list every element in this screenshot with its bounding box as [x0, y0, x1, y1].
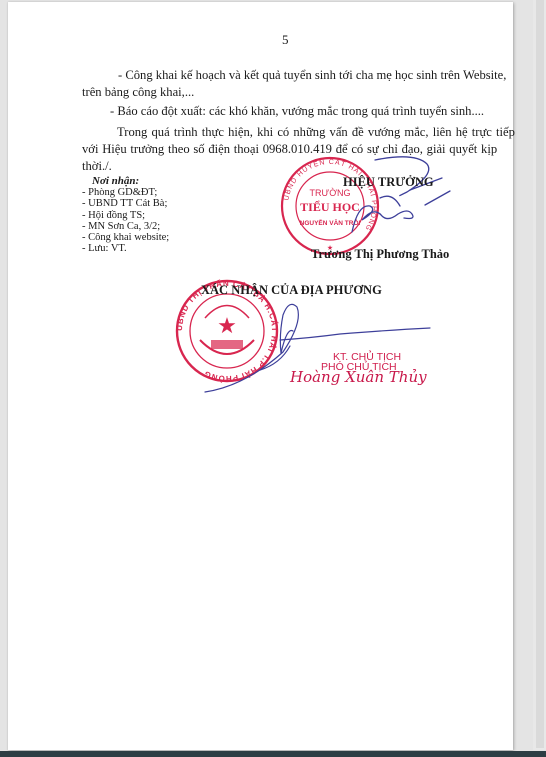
principal-stamp-line3: NGUYỄN VĂN TRỖI: [300, 218, 361, 227]
principal-stamp-line2: TIỂU HỌC: [300, 199, 360, 214]
emblem-gear-icon: [211, 340, 243, 349]
bottom-status-bar: [0, 751, 546, 757]
principal-name: Trương Thị Phương Thảo: [311, 247, 449, 262]
national-emblem-star-icon: ★: [217, 313, 237, 338]
principal-stamp: UBND HUYỆN CÁT HẢI · HẢI PHÒNG TRƯỜNG TI…: [0, 0, 546, 757]
principal-signature: [352, 157, 450, 232]
local-confirmation-title: XÁC NHẬN CỦA ĐỊA PHƯƠNG: [201, 283, 382, 298]
local-signer-name: Hoàng Xuân Thủy: [290, 368, 427, 386]
principal-title: HIỆU TRƯỞNG: [343, 175, 434, 190]
